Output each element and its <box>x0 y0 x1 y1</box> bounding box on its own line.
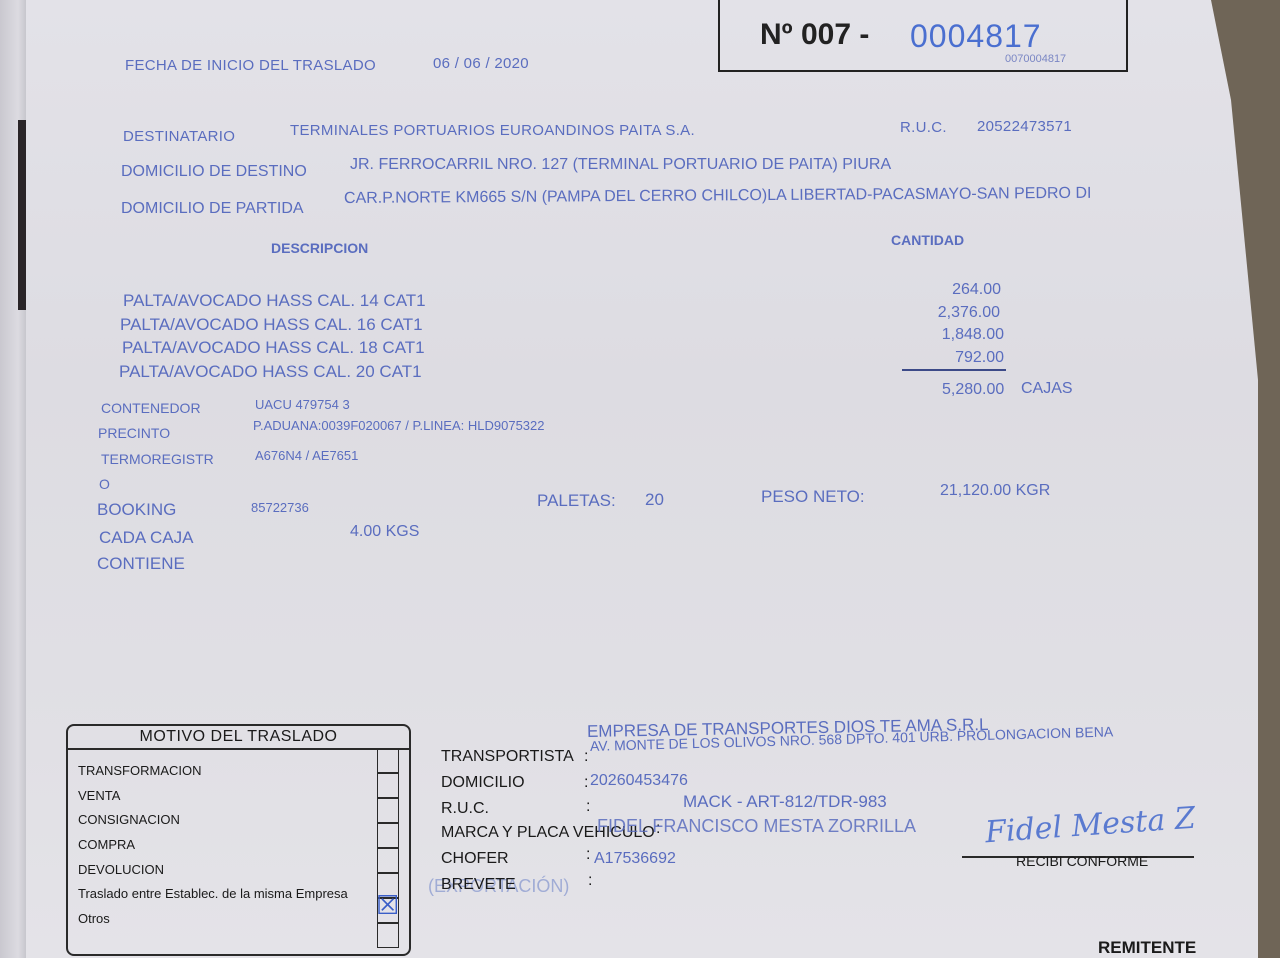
termoregistro-label: TERMOREGISTR <box>101 451 214 467</box>
brevete-label: BREVETE <box>441 876 516 894</box>
fecha-value: 06 / 06 / 2020 <box>433 55 529 72</box>
ruc-label: R.U.C. <box>900 119 947 136</box>
colon: : <box>584 748 588 766</box>
motivo-checkbox[interactable] <box>377 748 399 773</box>
colon: : <box>586 846 590 864</box>
peso-neto-label: PESO NETO: <box>761 487 865 507</box>
item-quantity: 2,376.00 <box>938 304 1000 322</box>
motivo-option-label: DEVOLUCION <box>78 862 164 877</box>
ruc-value: 20522473571 <box>977 118 1072 135</box>
domicilio-label: DOMICILIO <box>441 774 525 792</box>
motivo-option-label: VENTA <box>78 788 120 803</box>
motivo-option-label: Traslado entre Establec. de la misma Emp… <box>78 886 348 901</box>
domicilio-destino-value: JR. FERROCARRIL NRO. 127 (TERMINAL PORTU… <box>350 156 891 174</box>
domicilio-destino-label: DOMICILIO DE DESTINO <box>121 163 307 181</box>
item-quantity: 1,848.00 <box>942 326 1004 344</box>
destinatario-value: TERMINALES PORTUARIOS EUROANDINOS PAITA … <box>290 122 695 139</box>
termoregistro-value: A676N4 / AE7651 <box>255 448 358 463</box>
item-description: PALTA/AVOCADO HASS CAL. 20 CAT1 <box>119 362 422 382</box>
contenedor-label: CONTENEDOR <box>101 400 201 416</box>
fecha-label: FECHA DE INICIO DEL TRASLADO <box>125 57 376 74</box>
check-mark-icon: ☒ <box>376 892 399 918</box>
transportista-ruc-label: R.U.C. <box>441 800 489 818</box>
brevete-value: A17536692 <box>594 850 676 868</box>
cada-caja-label-wrap: CONTIENE <box>97 554 185 574</box>
motivo-checkbox[interactable] <box>377 848 399 873</box>
item-description: PALTA/AVOCADO HASS CAL. 14 CAT1 <box>123 291 426 311</box>
col-header-cantidad: CANTIDAD <box>891 232 964 248</box>
contenedor-value: UACU 479754 3 <box>255 397 350 412</box>
cada-caja-label: CADA CAJA <box>99 528 193 548</box>
domicilio-partida-label: DOMICILIO DE PARTIDA <box>121 200 304 218</box>
colon: : <box>586 798 590 816</box>
transportista-ruc-value: 20260453476 <box>590 772 688 790</box>
item-quantity: 792.00 <box>955 349 1004 367</box>
motivo-option-label: TRANSFORMACION <box>78 763 202 778</box>
destinatario-label: DESTINATARIO <box>123 128 235 145</box>
termoregistro-label-wrap: O <box>99 476 110 492</box>
chofer-value: FIDEL FRANCISCO MESTA ZORRILLA <box>597 816 916 837</box>
total-quantity: 5,280.00 <box>942 381 1004 399</box>
motivo-option-label: CONSIGNACION <box>78 812 180 827</box>
recibi-conforme-caption: RECIBI CONFORME <box>1016 853 1148 869</box>
cada-caja-value: 4.00 KGS <box>350 523 419 541</box>
motivo-title: MOTIVO DEL TRASLADO <box>68 726 409 750</box>
colon: : <box>584 774 588 792</box>
marca-placa-value: MACK - ART-812/TDR-983 <box>683 792 887 812</box>
col-header-descripcion: DESCRIPCION <box>271 240 368 256</box>
transportista-label: TRANSPORTISTA <box>441 748 574 766</box>
paletas-label: PALETAS: <box>537 491 616 511</box>
precinto-value: P.ADUANA:0039F020067 / P.LINEA: HLD90753… <box>253 418 545 433</box>
document-number-small: 0070004817 <box>1005 53 1066 65</box>
remitente-label: REMITENTE <box>1098 938 1196 958</box>
precinto-label: PRECINTO <box>98 425 170 441</box>
peso-neto-value: 21,120.00 KGR <box>940 482 1050 500</box>
motivo-checkbox[interactable] <box>377 923 399 948</box>
motivo-checkbox[interactable] <box>377 773 399 798</box>
motivo-option-label: COMPRA <box>78 837 135 852</box>
booking-value: 85722736 <box>251 500 309 515</box>
total-underline <box>902 369 1006 371</box>
total-unit: CAJAS <box>1021 380 1073 398</box>
motivo-traslado-box: MOTIVO DEL TRASLADO TRANSFORMACIONVENTAC… <box>66 724 411 956</box>
document-number-value: 0004817 <box>910 18 1042 55</box>
motivo-checkbox[interactable] <box>377 823 399 848</box>
chofer-label: CHOFER <box>441 850 509 868</box>
item-description: PALTA/AVOCADO HASS CAL. 16 CAT1 <box>120 315 423 335</box>
item-description: PALTA/AVOCADO HASS CAL. 18 CAT1 <box>122 338 425 358</box>
document-number-prefix: Nº 007 - <box>760 18 869 52</box>
motivo-checkbox[interactable] <box>377 798 399 823</box>
booking-label: BOOKING <box>97 500 176 520</box>
motivo-option-label: Otros <box>78 911 110 926</box>
item-quantity: 264.00 <box>952 281 1001 299</box>
paletas-value: 20 <box>645 490 664 510</box>
colon: : <box>588 872 592 890</box>
